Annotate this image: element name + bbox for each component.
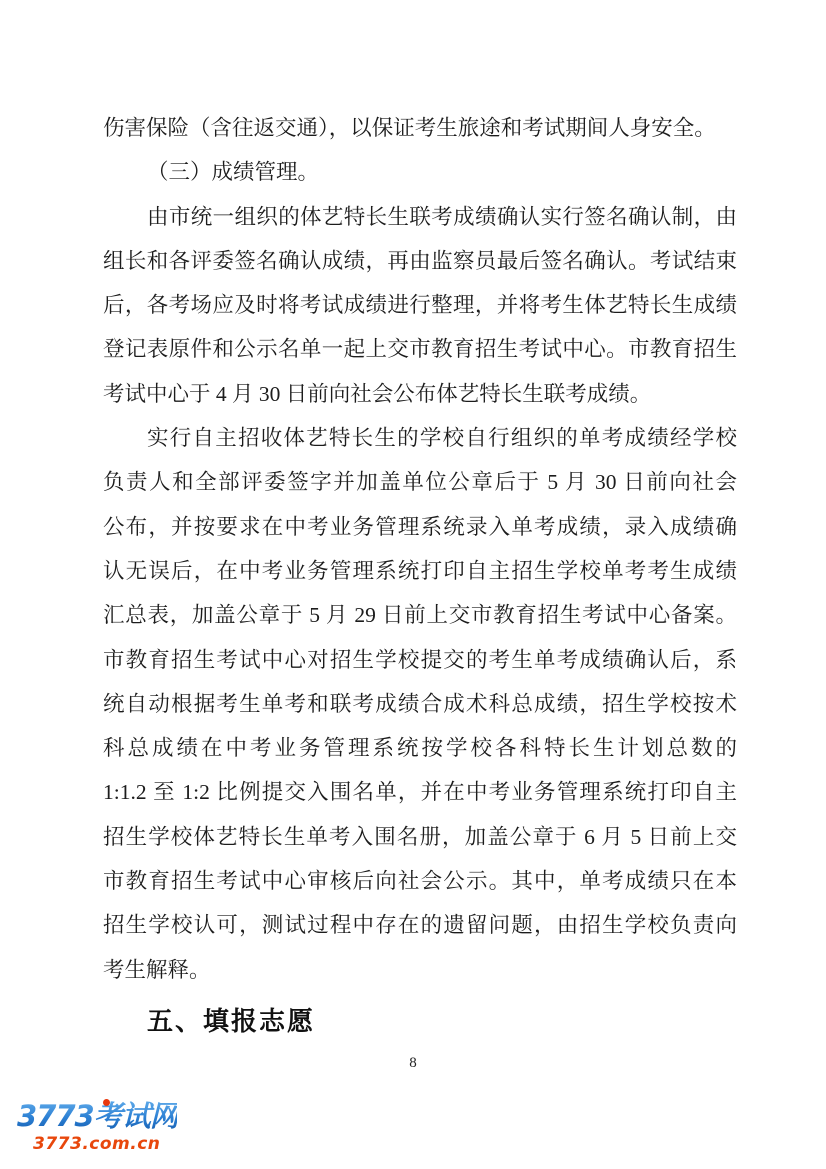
section-heading: 五、填报志愿	[103, 999, 737, 1043]
body-line: 招生学校认可，测试过程中存在的遗留问题，由招生学校负责向	[103, 903, 737, 947]
body-line: 考试中心于 4 月 30 日前向社会公布体艺特长生联考成绩。	[103, 372, 737, 416]
body-line: 登记表原件和公示名单一起上交市教育招生考试中心。市教育招生	[103, 327, 737, 371]
body-line: 汇总表，加盖公章于 5 月 29 日前上交市教育招生考试中心备案。	[103, 593, 737, 637]
body-line: 组长和各评委签名确认成绩，再由监察员最后签名确认。考试结束	[103, 239, 737, 283]
body-line: 后，各考场应及时将考试成绩进行整理，并将考生体艺特长生成绩	[103, 283, 737, 327]
body-line: 伤害保险（含往返交通），以保证考生旅途和考试期间人身安全。	[103, 106, 737, 150]
document-page: 伤害保险（含往返交通），以保证考生旅途和考试期间人身安全。 （三）成绩管理。 由…	[0, 0, 826, 1169]
body-line: 市教育招生考试中心审核后向社会公示。其中，单考成绩只在本	[103, 859, 737, 903]
body-line: 由市统一组织的体艺特长生联考成绩确认实行签名确认制，由	[103, 195, 737, 239]
document-body: 伤害保险（含往返交通），以保证考生旅途和考试期间人身安全。 （三）成绩管理。 由…	[103, 106, 737, 1043]
body-line: 考生解释。	[103, 948, 737, 992]
body-line-subsection-heading: （三）成绩管理。	[103, 150, 737, 194]
body-line: 1:1.2 至 1:2 比例提交入围名单，并在中考业务管理系统打印自主	[103, 770, 737, 814]
body-line: 科总成绩在中考业务管理系统按学校各科特长生计划总数的	[103, 726, 737, 770]
logo-accent-dot-icon	[103, 1099, 110, 1106]
site-logo-text: 3773考试网	[17, 1096, 177, 1136]
watermark-logo: 3773考试网 3773.com.cn	[17, 1096, 177, 1154]
page-number: 8	[0, 1055, 826, 1072]
body-line: 公布，并按要求在中考业务管理系统录入单考成绩，录入成绩确	[103, 505, 737, 549]
body-line: 招生学校体艺特长生单考入围名册，加盖公章于 6 月 5 日前上交	[103, 815, 737, 859]
site-logo-url: 3773.com.cn	[33, 1134, 177, 1154]
body-line: 实行自主招收体艺特长生的学校自行组织的单考成绩经学校	[103, 416, 737, 460]
body-line: 认无误后，在中考业务管理系统打印自主招生学校单考考生成绩	[103, 549, 737, 593]
body-line: 市教育招生考试中心对招生学校提交的考生单考成绩确认后，系	[103, 638, 737, 682]
body-line: 统自动根据考生单考和联考成绩合成术科总成绩，招生学校按术	[103, 682, 737, 726]
body-line: 负责人和全部评委签字并加盖单位公章后于 5 月 30 日前向社会	[103, 460, 737, 504]
